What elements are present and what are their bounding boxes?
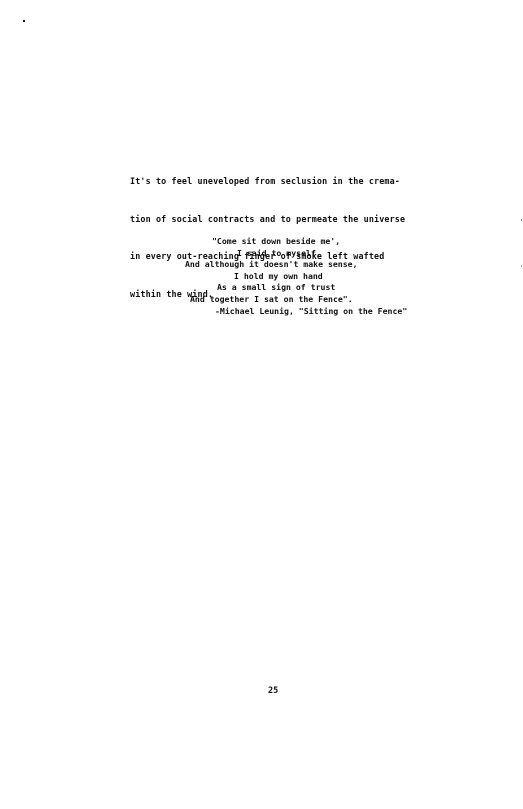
scan-speck [23, 20, 25, 22]
poem-line: I said to myself, [237, 248, 321, 260]
poem-line: "Come sit down beside me', [212, 236, 340, 248]
document-page: It's to feel uneveloped from seclusion i… [0, 0, 523, 809]
paragraph-line: tion of social contracts and to permeate… [130, 213, 460, 226]
poem-attribution: -Michael Leunig, "Sitting on the Fence" [215, 306, 407, 318]
page-number: 25 [268, 686, 278, 696]
scan-speck [521, 219, 522, 221]
paragraph-line: It's to feel uneveloped from seclusion i… [130, 175, 460, 188]
poem-line: I hold my own hand [234, 271, 323, 283]
scan-speck [521, 265, 522, 267]
poem-line: As a small sign of trust [217, 282, 335, 294]
poem-line: And although it doesn't make sense, [185, 259, 358, 271]
poem-line: And together I sat on the Fence". [190, 294, 353, 306]
